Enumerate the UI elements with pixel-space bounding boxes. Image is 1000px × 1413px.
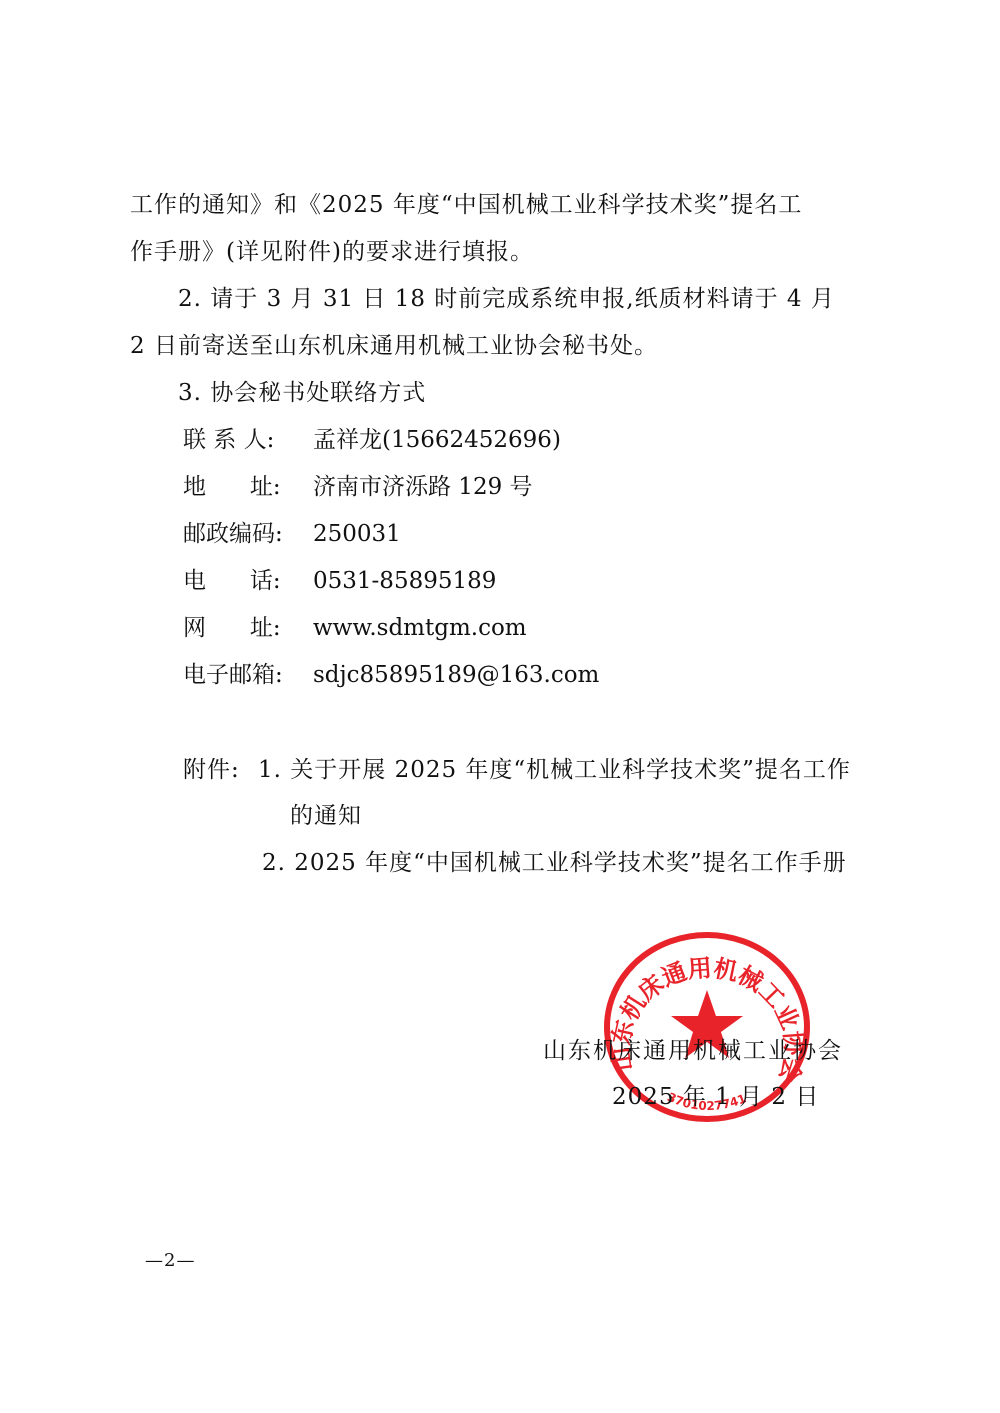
contact-value[interactable]: www.sdmtgm.com (313, 613, 527, 643)
contact-row-email: 电子邮箱:sdjc85895189@163.com (183, 660, 599, 690)
paragraph-1-line-1: 工作的通知》和《2025 年度“中国机械工业科学技术奖”提名工 (130, 190, 802, 220)
contact-row-postcode: 邮政编码:250031 (183, 519, 401, 549)
contact-label: 电子邮箱: (183, 660, 313, 690)
contact-row-person: 联 系 人:孟祥龙(15662452696) (183, 425, 561, 455)
contact-label: 地 址: (183, 472, 313, 502)
contact-value: 济南市济泺路 129 号 (313, 472, 533, 502)
contact-label: 联 系 人: (183, 425, 313, 455)
signature-organization: 山东机床通用机械工业协会 (543, 1036, 843, 1066)
signature-date: 2025 年 1 月 2 日 (612, 1082, 819, 1112)
contact-row-phone: 电 话:0531-85895189 (183, 566, 496, 596)
contact-heading: 3. 协会秘书处联络方式 (178, 378, 426, 408)
contact-label: 电 话: (183, 566, 313, 596)
attachment-2: 2. 2025 年度“中国机械工业科学技术奖”提名工作手册 (262, 848, 847, 878)
contact-value: 孟祥龙(15662452696) (313, 425, 561, 455)
attachment-1-line-1: 1. 关于开展 2025 年度“机械工业科学技术奖”提名工作 (258, 755, 851, 785)
page-number: —2— (145, 1250, 195, 1271)
contact-row-website: 网 址:www.sdmtgm.com (183, 613, 527, 643)
paragraph-2-line-2: 2 日前寄送至山东机床通用机械工业协会秘书处。 (130, 331, 658, 361)
attachments-label: 附件: (183, 755, 240, 785)
attachment-1-line-2: 的通知 (290, 801, 362, 831)
contact-row-address: 地 址:济南市济泺路 129 号 (183, 472, 533, 502)
contact-value: 250031 (313, 519, 401, 549)
paragraph-2-line-1: 2. 请于 3 月 31 日 18 时前完成系统申报,纸质材料请于 4 月 (178, 284, 835, 314)
paragraph-1-line-2: 作手册》(详见附件)的要求进行填报。 (130, 237, 534, 267)
contact-label: 邮政编码: (183, 519, 313, 549)
contact-value[interactable]: sdjc85895189@163.com (313, 660, 599, 690)
contact-value: 0531-85895189 (313, 566, 496, 596)
contact-label: 网 址: (183, 613, 313, 643)
